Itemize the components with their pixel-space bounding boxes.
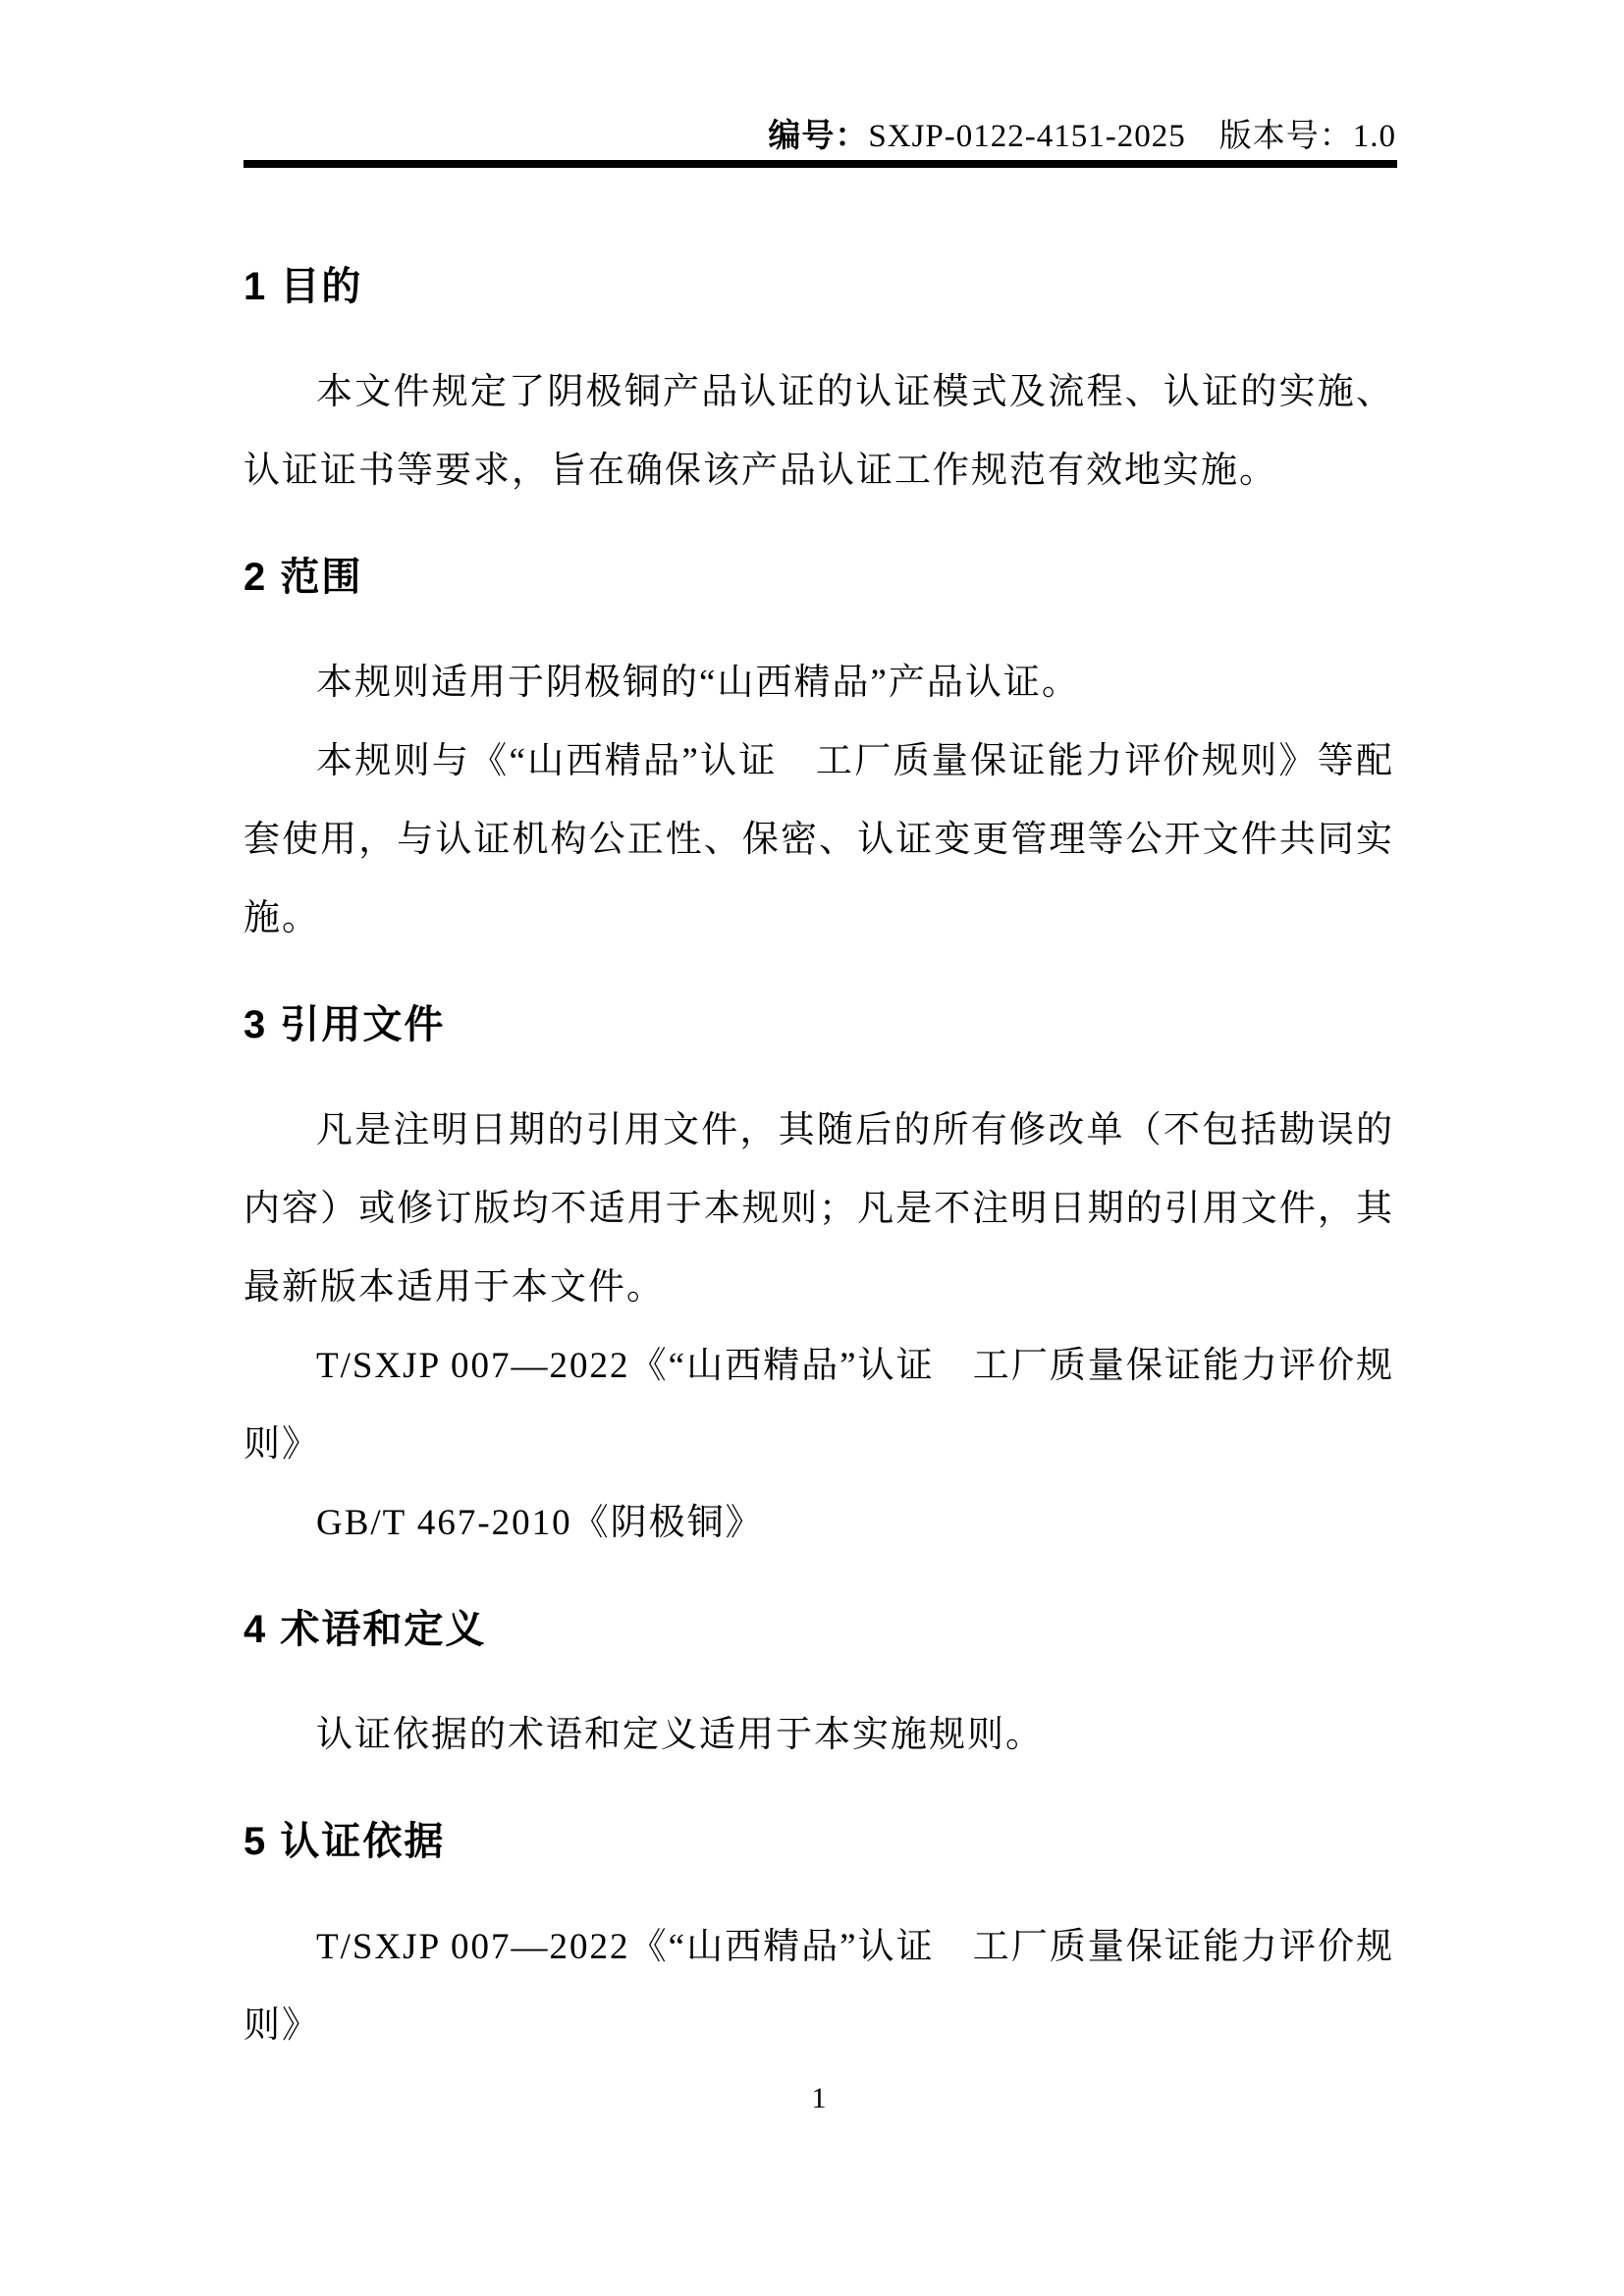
version-label: 版本号：	[1219, 119, 1353, 154]
document-page: 编号：SXJP-0122-4151-2025版本号：1.0 1 目的 本文件规定…	[0, 0, 1624, 2296]
section-heading-scope: 2 范围	[244, 538, 1394, 616]
doc-number-value: SXJP-0122-4151-2025	[868, 119, 1185, 154]
header-divider-rule	[244, 160, 1397, 168]
section-heading-purpose: 1 目的	[244, 247, 1394, 326]
page-number: 1	[812, 2082, 827, 2114]
paragraph: 凡是注明日期的引用文件，其随后的所有修改单（不包括勘误的内容）或修订版均不适用于…	[244, 1092, 1394, 1327]
paragraph: T/SXJP 007—2022《“山西精品”认证 工厂质量保证能力评价规则》	[244, 1908, 1394, 2065]
section-heading-certification-basis: 5 认证依据	[244, 1802, 1394, 1881]
page-header: 编号：SXJP-0122-4151-2025版本号：1.0	[0, 116, 1396, 156]
page-footer: 1	[244, 2081, 1394, 2116]
paragraph: T/SXJP 007—2022《“山西精品”认证 工厂质量保证能力评价规则》	[244, 1327, 1394, 1484]
paragraph: 本规则适用于阴极铜的“山西精品”产品认证。	[244, 644, 1394, 722]
paragraph: 认证依据的术语和定义适用于本实施规则。	[244, 1696, 1394, 1775]
paragraph: 本规则与《“山西精品”认证 工厂质量保证能力评价规则》等配套使用，与认证机构公正…	[244, 722, 1394, 958]
doc-number-label: 编号：	[768, 117, 868, 153]
section-heading-terms: 4 术语和定义	[244, 1590, 1394, 1669]
paragraph: 本文件规定了阴极铜产品认证的认证模式及流程、认证的实施、认证证书等要求，旨在确保…	[244, 353, 1394, 510]
document-body: 1 目的 本文件规定了阴极铜产品认证的认证模式及流程、认证的实施、认证证书等要求…	[244, 220, 1394, 2065]
paragraph: GB/T 467-2010《阴极铜》	[244, 1484, 1394, 1563]
version-value: 1.0	[1353, 119, 1396, 154]
section-heading-references: 3 引用文件	[244, 986, 1394, 1064]
